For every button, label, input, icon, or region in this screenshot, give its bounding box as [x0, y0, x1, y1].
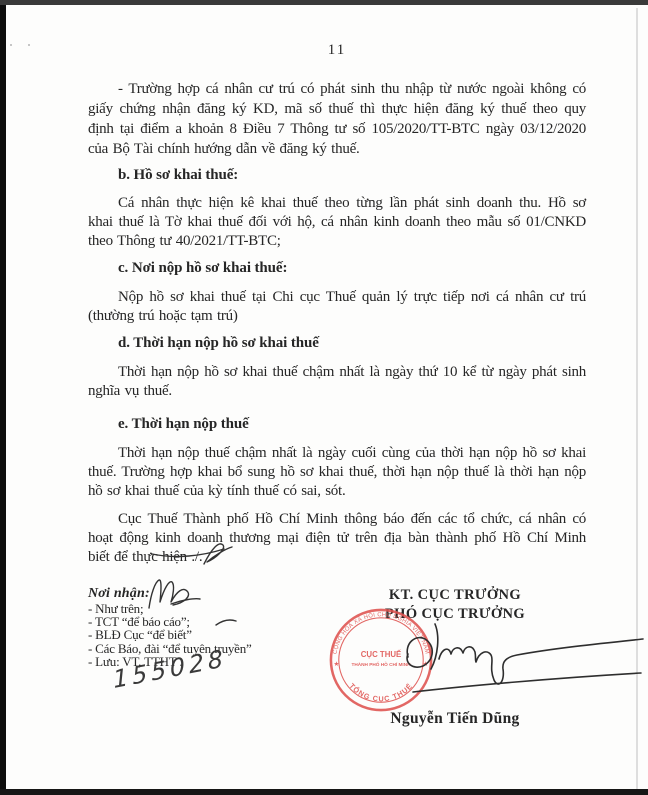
paragraph-tax-dossier: Cá nhân thực hiện kê khai thuế theo từng… — [88, 194, 586, 251]
page-number: 11 — [88, 42, 586, 59]
paragraph-filing-deadline: Thời hạn nộp hồ sơ khai thuế chậm nhất l… — [88, 363, 586, 401]
scan-border-left — [0, 5, 6, 795]
handwritten-flourish-mark — [146, 536, 238, 568]
paragraph-line: Thời hạn nộp hồ sơ khai thuế chậm nhất l… — [88, 363, 586, 382]
handwritten-initial-mark — [142, 572, 204, 614]
paragraph-line: giấy chứng nhận đăng ký KD, mã số thuế t… — [88, 99, 586, 119]
paragraph-registration-rule: - Trường hợp cá nhân cư trú có phát sinh… — [88, 79, 586, 159]
paragraph-filing-place: Nộp hồ sơ khai thuế tại Chi cục Thuế quả… — [88, 288, 586, 326]
recipient-item: - BLĐ Cục “để biết” — [88, 628, 318, 641]
paragraph-payment-deadline: Thời hạn nộp thuế chậm nhất là ngày cuối… — [88, 444, 586, 501]
paragraph-line: - Trường hợp cá nhân cư trú có phát sinh… — [88, 79, 586, 99]
handwritten-tick-mark — [214, 617, 238, 627]
scan-speck — [10, 44, 12, 46]
paragraph-line: Cá nhân thực hiện kê khai thuế theo từng… — [88, 194, 586, 213]
paragraph-line: hồ sơ khai thuế của kỳ tính thuế có sai,… — [88, 482, 586, 501]
paragraph-line: của Bộ Tài chính hướng dẫn về đăng ký th… — [88, 139, 586, 159]
section-heading-c: c. Nơi nộp hồ sơ khai thuế: — [88, 260, 616, 277]
handwritten-signature — [393, 610, 648, 705]
section-heading-e: e. Thời hạn nộp thuế — [88, 416, 616, 433]
paragraph-line: nghĩa vụ thuế. — [88, 382, 586, 401]
paragraph-line: khai thuế là Tờ khai thuế đối với hộ, cá… — [88, 213, 586, 232]
paragraph-line: Cục Thuế Thành phố Hồ Chí Minh thông báo… — [88, 510, 586, 529]
section-heading-d: d. Thời hạn nộp hồ sơ khai thuế — [88, 335, 616, 352]
signer-title-line1: KT. CỤC TRƯỞNG — [330, 586, 580, 605]
seal-star-left-icon: ★ — [333, 661, 339, 668]
paragraph-line: thuế. Trường hợp khai bổ sung hồ sơ khai… — [88, 463, 586, 482]
scan-speck — [28, 44, 30, 46]
scan-border-bottom — [0, 789, 648, 795]
paragraph-line: (thường trú hoặc tạm trú) — [88, 307, 586, 326]
section-heading-b: b. Hồ sơ khai thuế: — [88, 167, 616, 184]
signer-name: Nguyễn Tiến Dũng — [330, 710, 580, 728]
paragraph-line: định tại điểm a khoản 8 Điều 7 Thông tư … — [88, 119, 586, 139]
paragraph-line: Thời hạn nộp thuế chậm nhất là ngày cuối… — [88, 444, 586, 463]
scanned-document-page: 11 - Trường hợp cá nhân cư trú có phát s… — [0, 0, 648, 795]
scan-border-top — [0, 0, 648, 5]
paragraph-line: Nộp hồ sơ khai thuế tại Chi cục Thuế quả… — [88, 288, 586, 307]
paragraph-line: theo Thông tư 40/2021/TT-BTC; — [88, 232, 586, 251]
